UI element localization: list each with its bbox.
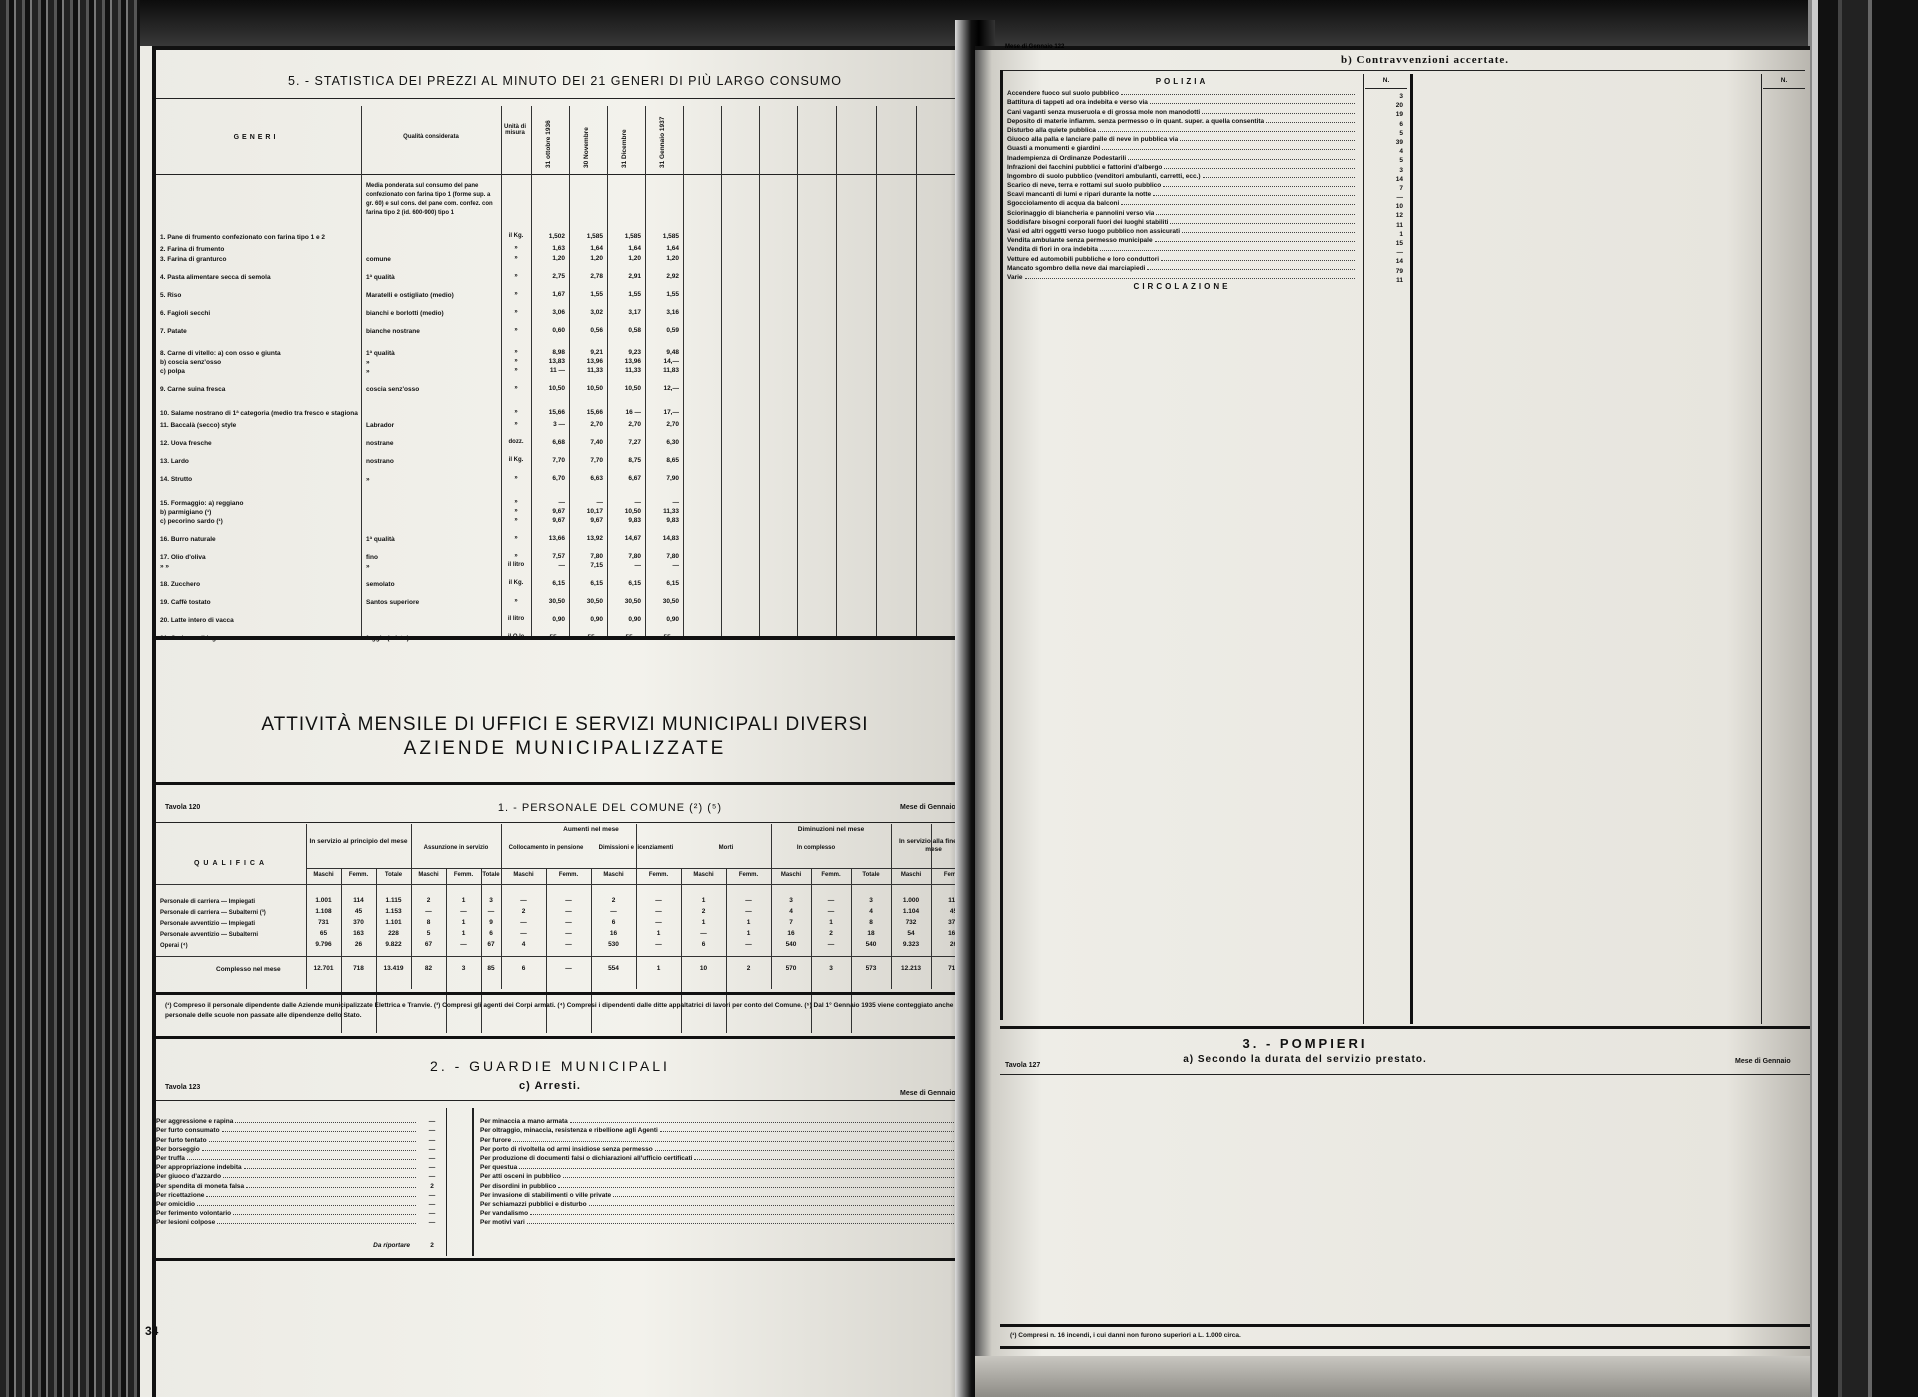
qualifica-header: QUALIFICA [156,860,306,867]
price-row-genere: 7. Patate [160,326,358,335]
arrest-value: — [418,1201,446,1208]
item-value: 79 [1365,267,1407,276]
price-row-unita: il litro [501,615,531,624]
col-header: Maschi [591,872,636,878]
personale-value: 65 [306,929,341,938]
personale-value: 3 [851,896,891,905]
price-row-qualita: » [366,357,498,366]
item-value: 15 [1365,239,1407,248]
arrest-item: Per schiamazzi pubblici e disturbo [480,1199,970,1208]
arrest-item: Per giuoco d'azzardo— [156,1171,446,1180]
price-value: 7,80 [607,552,641,561]
item-value: 12 [1365,211,1407,220]
contravvenzione-item: Varie [1007,272,1357,281]
guardie-title: 2. - GUARDIE MUNICIPALI [340,1058,760,1074]
personale-value: 1 [446,896,481,905]
price-row-genere: 18. Zucchero [160,579,358,588]
contravvenzione-item: Accendere fuoco sul suolo pubblico [1007,88,1357,97]
price-value: 6,67 [607,474,641,483]
personale-value: 1.001 [306,896,341,905]
col-header: Maschi [681,872,726,878]
personale-value: — [546,896,591,905]
month-header: 31 ottobre 1936 [545,112,552,168]
price-value: 1,20 [645,254,679,263]
price-value: 11,33 [569,366,603,375]
personale-value: 163 [341,929,376,938]
price-row-unita: » [501,244,531,253]
personale-total-value: 82 [411,964,446,973]
price-value: 13,66 [531,534,565,543]
price-value: 7,15 [569,561,603,570]
price-row-genere: 12. Uova fresche [160,438,358,447]
personale-value: — [636,940,681,949]
arrest-label: Per vandalismo [480,1210,528,1217]
category-heading: CIRCOLAZIONE [1007,281,1357,293]
personale-value: — [591,907,636,916]
n-header: N. [1365,76,1407,89]
personale-total-value: 85 [481,964,501,973]
price-value: 6,15 [569,579,603,588]
item-label: Deposito di materie infiamm. senza perme… [1007,118,1264,125]
arrest-label: Per ferimento volontario [156,1210,231,1217]
col-header: Maschi [306,872,341,878]
column-rule [759,106,760,636]
personale-value: — [481,907,501,916]
personale-total-value: 10 [681,964,726,973]
column-rule [721,106,722,636]
arrest-value: — [418,1146,446,1153]
personale-value: — [811,940,851,949]
item-label: Disturbo alla quiete pubblica [1007,127,1096,134]
personale-value: 67 [481,940,501,949]
price-value: 6,15 [645,579,679,588]
arrest-item: Per invasione di stabilimenti o ville pr… [480,1190,970,1199]
price-value: 1,55 [569,290,603,299]
personale-total-value: 3 [446,964,481,973]
price-row-genere: 20. Latte intero di vacca [160,615,358,624]
arrest-item: Per disordini in pubblico [480,1180,970,1189]
price-row-qualita: 1ª qualità [366,272,498,281]
price-value: 1,585 [607,232,641,241]
personale-total-value: 718 [341,964,376,973]
price-value: 7,70 [531,456,565,465]
contravvenzione-item: Scavi mancanti di lumi e ripari durante … [1007,189,1357,198]
arrest-item: Per oltraggio, minaccia, resistenza e ri… [480,1125,970,1134]
price-value: 2,75 [531,272,565,281]
personale-total-value: 13.419 [376,964,411,973]
personale-value: 1.153 [376,907,411,916]
arrest-item: Per borseggio— [156,1144,446,1153]
right-header: Mese di Gennaio 122 [1005,44,1064,50]
personale-total-value: 2 [726,964,771,973]
price-value: 0,90 [607,615,641,624]
price-row-qualita [366,408,498,417]
price-value: 13,83 [531,357,565,366]
da-riportare-label: Da riportare [373,1242,410,1249]
arrest-item: Per furto tentato— [156,1134,446,1143]
personale-value: — [726,940,771,949]
contravvenzione-item: Sciorinaggio di biancheria e pannolini v… [1007,207,1357,216]
price-value: 3,06 [531,308,565,317]
price-row-genere: b) parmigiano (¹) [160,507,358,516]
contravvenzione-item: Vendita ambulante senza permesso municip… [1007,235,1357,244]
personale-value: 45 [341,907,376,916]
group-header: Diminuzioni nel mese [771,826,891,834]
column-rule [916,106,917,636]
item-label: Inadempienza di Ordinanze Podestarili [1007,155,1126,162]
item-label: Soddisfare bisogni corporali fuori dei l… [1007,219,1168,226]
pompieri-title: 3. - POMPIERI [1155,1036,1455,1051]
guardie-subtitle: c) Arresti. [440,1080,660,1092]
personale-total-value: 3 [811,964,851,973]
arrest-item: Per truffa— [156,1153,446,1162]
col-unita-header: Unità di misura [501,124,529,136]
price-value: 2,78 [569,272,603,281]
arrest-value: — [418,1219,446,1226]
contravvenzione-item: Battitura di tappeti ad ora indebita e v… [1007,97,1357,106]
personale-value: — [411,907,446,916]
price-value: 6,30 [645,438,679,447]
personale-value: 731 [306,918,341,927]
item-value: 3 [1365,92,1407,101]
personale-value: 1.115 [376,896,411,905]
arrest-value: — [418,1173,446,1180]
item-label: Vasi ed altri oggetti verso luogo pubbli… [1007,228,1180,235]
arrest-label: Per disordini in pubblico [480,1183,556,1190]
personale-value: — [636,896,681,905]
arrest-value: — [418,1192,446,1199]
personale-value: 2 [411,896,446,905]
contravvenzione-item: Sgocciolamento di acqua da balconi [1007,198,1357,207]
arrest-label: Per borseggio [156,1146,200,1153]
price-value: 15,66 [531,408,565,417]
contravvenzione-item: Giuoco alla palla e lanciare palle di ne… [1007,134,1357,143]
contravvenzione-item: Cani vaganti senza museruola e di grossa… [1007,106,1357,115]
price-row-qualita: 1ª qualità [366,534,498,543]
price-value: 1,585 [569,232,603,241]
page-number-left: 34 [145,1324,158,1338]
personale-row-label: Personale avventizio — Subalterni [160,929,304,938]
price-value: 11,83 [645,366,679,375]
col-header: Maschi [411,872,446,878]
col-header: Femm. [811,872,851,878]
price-row-unita: » [501,474,531,483]
price-row-genere: 10. Salame nostrano di 1ª categoria (med… [160,408,358,417]
arrest-label: Per atti osceni in pubblico [480,1173,561,1180]
personale-value: — [501,896,546,905]
price-value: 30,50 [607,597,641,606]
price-value: 8,75 [607,456,641,465]
price-value: 6,63 [569,474,603,483]
personale-value: 18 [851,929,891,938]
item-label: Giuoco alla palla e lanciare palle di ne… [1007,136,1178,143]
pompieri-table [1000,1076,1810,1316]
price-row-unita: il litro [501,561,531,570]
price-value: 2,92 [645,272,679,281]
personale-value: 9 [481,918,501,927]
price-value: 1,64 [607,244,641,253]
month-header: 31 Gennaio 1937 [659,112,666,168]
item-label: Mancato sgombro della neve dai marciapie… [1007,265,1145,272]
personale-value: 6 [481,929,501,938]
personale-value: — [546,907,591,916]
price-row-genere: 14. Strutto [160,474,358,483]
book-edge-right [1808,0,1918,1397]
price-value: 14,67 [607,534,641,543]
price-value: 11 — [531,366,565,375]
price-row-qualita: nostrane [366,438,498,447]
price-row-unita: » [501,384,531,393]
contravvenzione-item: Infrazioni dei facchini pubblici e fatto… [1007,162,1357,171]
col-header: Femm. [636,872,681,878]
left-page: 5. - STATISTICA DEI PREZZI AL MINUTO DEI… [140,46,975,1397]
price-value: 2,70 [569,420,603,429]
item-value: 39 [1365,138,1407,147]
personale-value: 5 [411,929,446,938]
personale-value: 1.000 [891,896,931,905]
price-row-qualita: 1ª qualità [366,348,498,357]
item-value: 5 [1365,156,1407,165]
price-row-unita: » [501,254,531,263]
column-rule [876,106,877,636]
price-row-qualita: Media ponderata sul consumo del pane con… [366,182,498,218]
price-value: 1,55 [645,290,679,299]
item-value: 10 [1365,202,1407,211]
price-row-unita: il Kg. [501,232,531,241]
col-generi-header: GENERI [156,134,356,141]
arrest-label: Per furto tentato [156,1137,207,1144]
item-label: Vetture ed automobili pubbliche e loro c… [1007,256,1159,263]
guardie-mese: Mese di Gennaio [900,1090,956,1097]
col-header: Femm. [446,872,481,878]
personale-value: 1 [726,918,771,927]
price-row-unita: » [501,408,531,417]
item-value: 6 [1365,120,1407,129]
contravvenzione-item: Guasti a monumenti e giardini [1007,143,1357,152]
price-row-genere: 1. Pane di frumento confezionato con far… [160,232,358,241]
price-row-unita: » [501,516,531,525]
personale-value: — [726,896,771,905]
arrest-value: — [418,1118,446,1125]
price-value: — [531,561,565,570]
col-header: Femm. [546,872,591,878]
col-header: Femm. [341,872,376,878]
personale-value: 2 [591,896,636,905]
item-value: — [1365,193,1407,202]
arrest-label: Per minaccia a mano armata [480,1118,568,1125]
contravvenzione-item: Scarico di neve, terra e rottami sul suo… [1007,180,1357,189]
price-value: 10,50 [607,507,641,516]
personale-total-value: 12.701 [306,964,341,973]
price-row-unita: » [501,552,531,561]
personale-value: — [811,907,851,916]
personale-value: 7 [771,918,811,927]
personale-value: 54 [891,929,931,938]
price-value: 10,50 [569,384,603,393]
price-value: 9,23 [607,348,641,357]
col-header: Totale [481,872,501,878]
price-row-genere: c) pecorino sardo (¹) [160,516,358,525]
item-value: 4 [1365,147,1407,156]
price-value: 11,33 [607,366,641,375]
pompieri-subtitle: a) Secondo la durata del servizio presta… [1095,1054,1515,1065]
price-row-unita: il Kg. [501,456,531,465]
arrest-label: Per truffa [156,1155,185,1162]
col-header: Maschi [771,872,811,878]
personale-value: 9.323 [891,940,931,949]
personale-value: — [636,907,681,916]
personale-value: 530 [591,940,636,949]
price-row-qualita: Santos superiore [366,597,498,606]
price-row-unita: » [501,534,531,543]
personale-total-value: 573 [851,964,891,973]
price-value: 10,50 [607,384,641,393]
item-value: 7 [1365,184,1407,193]
arrest-item: Per ferimento volontario— [156,1208,446,1217]
item-value: 5 [1365,129,1407,138]
price-value: 13,96 [607,357,641,366]
arrest-item: Per aggressione e rapina— [156,1116,446,1125]
arrest-item: Per appropriazione indebita— [156,1162,446,1171]
contravvenzione-item: Mancato sgombro della neve dai marciapie… [1007,263,1357,272]
column-rule [361,106,362,636]
price-value: 2,70 [607,420,641,429]
arrest-value: — [418,1164,446,1171]
personale-table: QUALIFICAIn servizio al principio del me… [156,824,976,989]
contravvenzione-item: Vetture ed automobili pubbliche e loro c… [1007,253,1357,262]
price-row-genere: 11. Baccalà (secco) style [160,420,358,429]
item-label: Sciorinaggio di biancheria e pannolini v… [1007,210,1154,217]
arrest-value: — [418,1137,446,1144]
price-value: 30,50 [531,597,565,606]
price-row-unita: » [501,507,531,516]
item-value: 14 [1365,175,1407,184]
personale-value: 26 [341,940,376,949]
price-value: 15,66 [569,408,603,417]
personale-value: — [501,929,546,938]
price-row-unita: » [501,290,531,299]
category-heading: POLIZIA [1007,76,1357,88]
price-value: 7,40 [569,438,603,447]
personale-total-value: 6 [501,964,546,973]
da-riportare-value: 2 [418,1242,446,1249]
personale-value: — [726,907,771,916]
price-value: 1,585 [645,232,679,241]
personale-tavola: Tavola 120 [165,804,200,811]
price-value: 7,90 [645,474,679,483]
arrest-label: Per spendita di moneta falsa [156,1183,244,1190]
personale-value: 8 [851,918,891,927]
price-value: 1,20 [531,254,565,263]
personale-total-value: — [546,964,591,973]
personale-value: 1 [446,918,481,927]
item-label: Vendita ambulante senza permesso municip… [1007,237,1153,244]
price-row-unita: » [501,597,531,606]
personale-value: 9.796 [306,940,341,949]
contravvenzioni-title: b) Contravvenzioni accertate. [1225,54,1625,66]
price-value: 3 — [531,420,565,429]
price-value: 1,55 [607,290,641,299]
personale-total-label: Complesso nel mese [216,964,304,973]
arrest-item: Per ricettazione— [156,1190,446,1199]
price-row-genere: 6. Fagioli secchi [160,308,358,317]
col-header: Femm. [726,872,771,878]
price-row-qualita: bianchi e borlotti (medio) [366,308,498,317]
personale-value: 4 [771,907,811,916]
price-value: — [645,561,679,570]
contravvenzione-item: Ingombro di suolo pubblico (venditori am… [1007,171,1357,180]
arrest-value: — [418,1155,446,1162]
item-label: Varie [1007,274,1023,281]
personale-total-value: 12.213 [891,964,931,973]
price-value: 12,— [645,384,679,393]
sub-header: In complesso [771,844,861,852]
price-value: 10,17 [569,507,603,516]
col-header: Maschi [891,872,931,878]
price-row-unita: » [501,272,531,281]
group-header: Aumenti nel mese [411,826,771,834]
contravvenzione-item: Deposito di materie infiamm. senza perme… [1007,116,1357,125]
price-row-genere: » » [160,561,358,570]
item-value: 11 [1365,221,1407,230]
item-value: 11 [1365,276,1407,285]
arrest-item: Per motivi vari [480,1217,970,1226]
price-value: — [645,498,679,507]
price-value: 0,58 [607,326,641,335]
arrest-item: Per omicidio— [156,1199,446,1208]
price-row-qualita: fino [366,552,498,561]
price-row-unita: » [501,357,531,366]
price-value: 1,20 [569,254,603,263]
personale-value: 1.101 [376,918,411,927]
price-row-qualita [366,498,498,507]
personale-value: 2 [501,907,546,916]
right-page: Mese di Gennaio 122 b) Contravvenzioni a… [975,46,1810,1397]
arrest-label: Per questua [480,1164,517,1171]
price-row-qualita: Labrador [366,420,498,429]
price-value: 9,83 [645,516,679,525]
personale-mese: Mese di Gennaio [900,804,956,811]
arrest-value: 2 [418,1183,446,1190]
price-value: 6,15 [607,579,641,588]
column-rule [797,106,798,636]
prices-table: GENERI Qualità considerata Unità di misu… [156,106,976,696]
price-value: 30,50 [569,597,603,606]
price-value: 0,90 [531,615,565,624]
sub-header: Assunzione in servizio [411,844,501,852]
price-row-qualita: semolato [366,579,498,588]
price-row-unita: » [501,498,531,507]
price-value: 13,92 [569,534,603,543]
price-value: 13,96 [569,357,603,366]
arrest-label: Per porto di rivoltella od armi insidios… [480,1146,653,1153]
arrest-item: Per furore [480,1134,970,1143]
arrest-item: Per porto di rivoltella od armi insidios… [480,1144,970,1153]
sub-header: Collocamento in pensione [501,844,591,852]
price-row-qualita: » [366,366,498,375]
price-row-unita: » [501,420,531,429]
personale-value: 732 [891,918,931,927]
pompieri-tavola: Tavola 127 [1005,1062,1040,1069]
item-label: Guasti a monumenti e giardini [1007,145,1100,152]
guardie-tavola: Tavola 123 [165,1084,200,1091]
book-edge-left [0,0,140,1397]
price-row-qualita [366,615,498,624]
price-row-unita: » [501,348,531,357]
item-value: — [1365,248,1407,257]
arrest-value: — [418,1210,446,1217]
personale-footnote: (¹) Compreso il personale dipendente dal… [165,1001,965,1021]
